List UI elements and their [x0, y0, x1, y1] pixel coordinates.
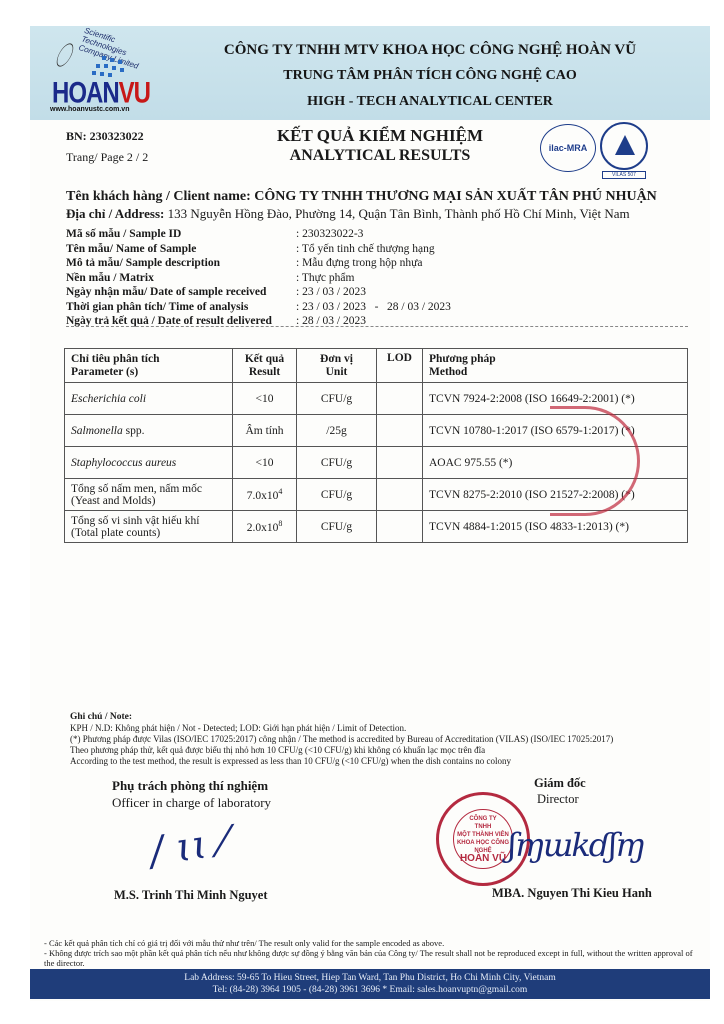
divider	[66, 326, 688, 327]
center-name-vn: TRUNG TÂM PHÂN TÍCH CÔNG NGHỆ CAO	[170, 68, 690, 84]
header-result: Kết quảResult	[233, 349, 297, 383]
client-address: Địa chỉ / Address: 133 Nguyễn Hồng Đào, …	[66, 206, 630, 222]
note-line: Theo phương pháp thử, kết quả được biểu …	[70, 745, 613, 756]
header-method: Phương phápMethod	[423, 349, 688, 383]
footer-band: Lab Address: 59-65 To Hieu Street, Hiep …	[30, 969, 710, 999]
note-line: According to the test method, the result…	[70, 756, 613, 767]
table-header-row: Chỉ tiêu phân tíchParameter (s) Kết quảR…	[65, 349, 688, 383]
header-unit: Đơn vịUnit	[297, 349, 377, 383]
company-name: CÔNG TY TNHH MTV KHOA HỌC CÔNG NGHỆ HOÀN…	[170, 42, 690, 59]
note-line: (*) Phương pháp được Vilas (ISO/IEC 1702…	[70, 734, 613, 745]
client-name: Tên khách hàng / Client name: CÔNG TY TN…	[66, 189, 657, 205]
page-number: Trang/ Page 2 / 2	[66, 150, 148, 165]
header-parameter: Chỉ tiêu phân tíchParameter (s)	[65, 349, 233, 383]
director-title-en: Director	[537, 792, 579, 807]
logo-dots-icon	[88, 56, 128, 78]
hoanvu-logo: Scientific Technologies Company Limited …	[44, 34, 162, 118]
vilas-accreditation-logo-icon	[600, 122, 648, 170]
header-band: Scientific Technologies Company Limited …	[30, 26, 710, 120]
info-row-date-received: Ngày nhận mẫu/ Date of sample received: …	[66, 285, 451, 300]
disclaimer: - Các kết quả phân tích chỉ có giá trị đ…	[44, 938, 704, 968]
lab-officer-title-en: Officer in charge of laboratory	[112, 795, 271, 811]
director-name: MBA. Nguyen Thi Kieu Hanh	[492, 886, 652, 901]
notes-section: Ghi chú / Note: KPH / N.D: Không phát hi…	[70, 712, 613, 767]
lab-address: Lab Address: 59-65 To Hieu Street, Hiep …	[30, 972, 710, 984]
ilac-mra-logo-icon: ilac-MRA	[540, 124, 596, 172]
info-row-sample-id: Mã số mẫu / Sample ID: 230323022-3	[66, 227, 451, 242]
sample-info: Mã số mẫu / Sample ID: 230323022-3 Tên m…	[66, 227, 451, 329]
director-title-vn: Giám đốc	[534, 776, 586, 791]
logo-url: www.hoanvustc.com.vn	[50, 106, 129, 113]
batch-number: BN: 230323022	[66, 129, 144, 144]
info-row-analysis-time: Thời gian phân tích/ Time of analysis: 2…	[66, 300, 451, 315]
note-line: KPH / N.D: Không phát hiện / Not - Detec…	[70, 723, 613, 734]
info-row-description: Mô tả mẫu/ Sample description: Mẫu đựng …	[66, 256, 451, 271]
header-lod: LOD	[377, 349, 423, 383]
document-title-en: ANALYTICAL RESULTS	[230, 147, 530, 165]
director-signature-icon: ʃɱɯkɗʃɱ	[508, 826, 644, 864]
lab-officer-signature-icon: / ɩɩ ⁄	[147, 819, 230, 875]
info-row-matrix: Nền mẫu / Matrix: Thực phẩm	[66, 271, 451, 286]
lab-contact: Tel: (84-28) 3964 1905 - (84-28) 3961 36…	[30, 984, 710, 996]
document-title-vn: KẾT QUẢ KIỂM NGHIỆM	[230, 126, 530, 146]
table-row: Tổng số vi sinh vật hiếu khí(Total plate…	[65, 511, 688, 543]
lab-officer-title-vn: Phụ trách phòng thí nghiệm	[112, 778, 268, 794]
vilas-number: VILAS 507	[602, 171, 646, 179]
center-name-en: HIGH - TECH ANALYTICAL CENTER	[170, 94, 690, 110]
info-row-sample-name: Tên mẫu/ Name of Sample: Tổ yến tinh chế…	[66, 242, 451, 257]
lab-officer-name: M.S. Trinh Thi Minh Nguyet	[114, 888, 268, 903]
analytical-results-document: Scientific Technologies Company Limited …	[30, 26, 710, 1001]
